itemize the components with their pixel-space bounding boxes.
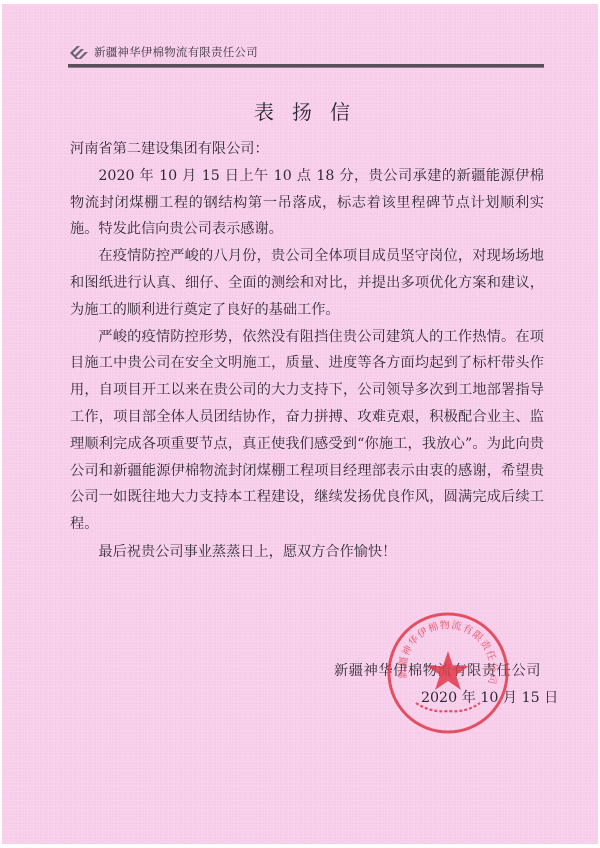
star-seal-icon: 新疆神华伊棉物流有限责任公司 (386, 611, 510, 735)
closing-line: 最后祝贵公司事业蒸蒸日上，愿双方合作愉快！ (70, 539, 544, 566)
paragraph-2: 在疫情防控严峻的八月份，贵公司全体项目成员坚守岗位，对现场场地和图纸进行认真、细… (70, 243, 544, 323)
paragraph-1: 2020 年 10 月 15 日上午 10 点 18 分，贵公司承建的新疆能源伊… (70, 163, 544, 243)
salutation: 河南省第二建设集团有限公司： (70, 136, 544, 163)
diamond-stripes-logo-icon (68, 44, 90, 60)
paragraph-3: 严峻的疫情防控形势，依然没有阻挡住贵公司建筑人的工作热情。在项目施工中贵公司在安… (70, 324, 544, 538)
letterhead-divider (68, 64, 544, 68)
letterhead: 新疆神华伊棉物流有限责任公司 (68, 42, 258, 62)
letter-title: 表扬信 (2, 96, 600, 125)
letter-body: 河南省第二建设集团有限公司： 2020 年 10 月 15 日上午 10 点 1… (70, 136, 544, 566)
letter-page: 新疆神华伊棉物流有限责任公司 表扬信 河南省第二建设集团有限公司： 2020 年… (2, 4, 598, 844)
letterhead-company-name: 新疆神华伊棉物流有限责任公司 (94, 44, 258, 60)
